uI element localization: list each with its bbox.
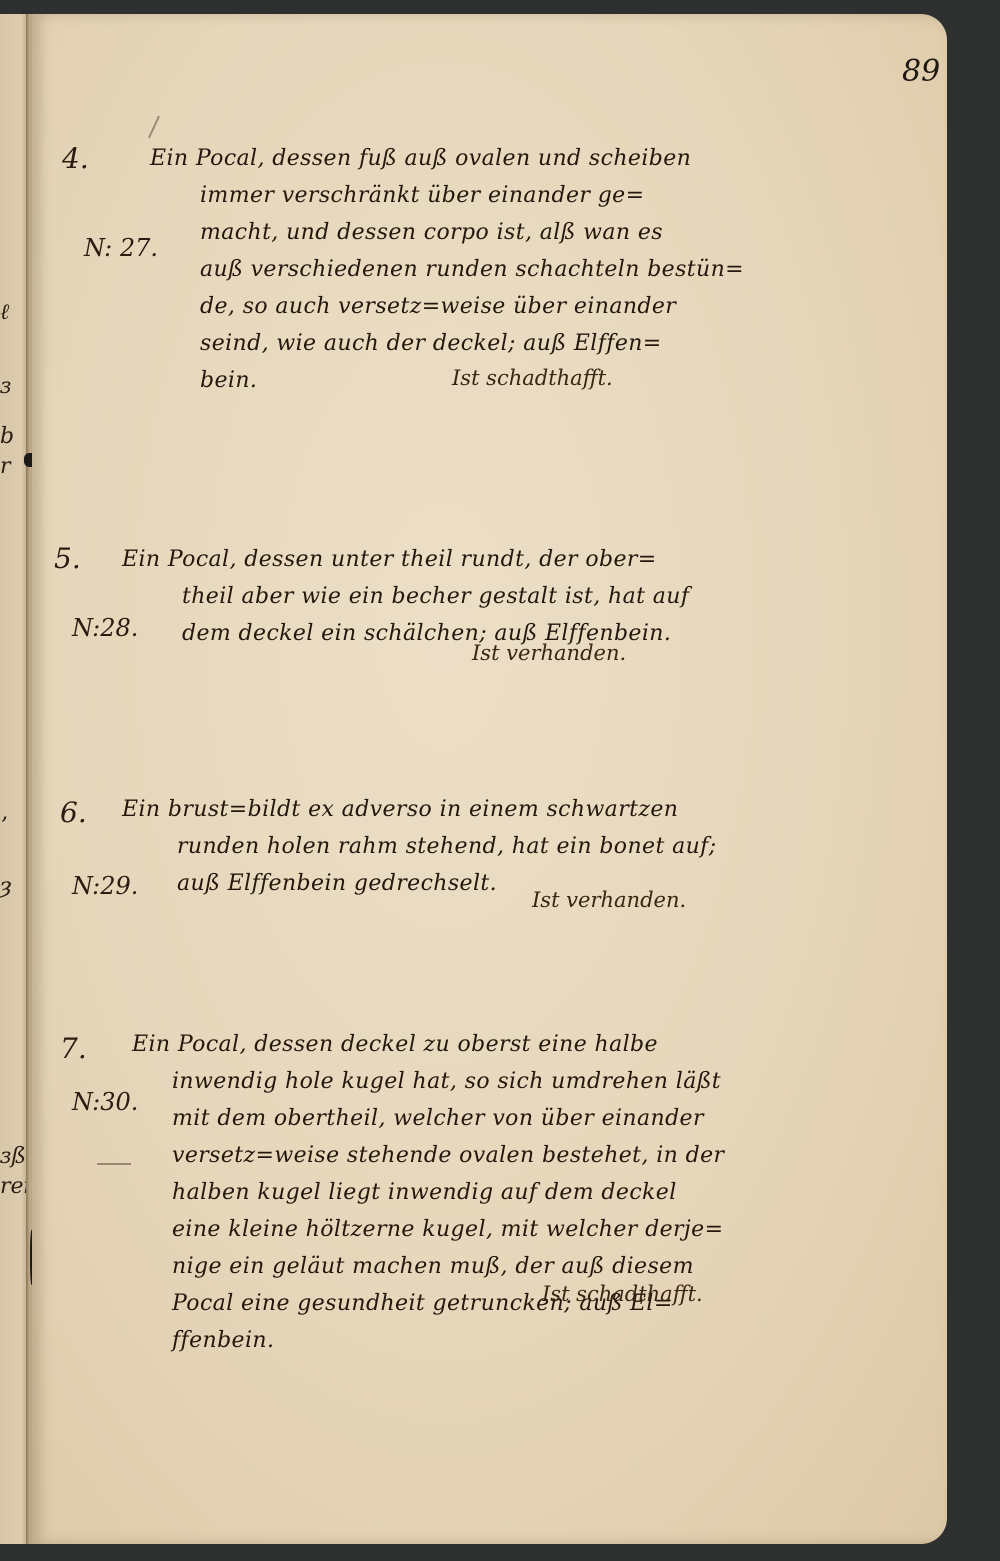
text-line: runden holen rahm stehend, hat ein bonet… bbox=[122, 828, 717, 865]
item-number: 4. bbox=[62, 142, 89, 175]
text-line: seind, wie auch der deckel; auß Elffen= bbox=[150, 325, 744, 362]
item-number: 6. bbox=[60, 796, 87, 829]
page-number: 89 bbox=[902, 54, 940, 89]
text-line: halben kugel liegt inwendig auf dem deck… bbox=[132, 1174, 724, 1211]
facing-page-fragment: ɜ bbox=[0, 374, 11, 399]
facing-page-fragment: r bbox=[0, 454, 11, 479]
condition-note: Ist schadthafft. bbox=[542, 1282, 703, 1306]
item-number: 5. bbox=[54, 542, 81, 575]
condition-note: Ist verhanden. bbox=[472, 641, 626, 665]
pencil-tick-mark bbox=[148, 116, 160, 139]
facing-page-fragment: ʼ bbox=[0, 814, 7, 839]
text-line: macht, und dessen corpo ist, alß wan es bbox=[150, 214, 744, 251]
item-number: 7. bbox=[60, 1032, 87, 1065]
condition-note: Ist verhanden. bbox=[532, 888, 686, 912]
facing-page-fragment: ɜß bbox=[0, 1144, 26, 1169]
text-line: eine kleine höltzerne kugel, mit welcher… bbox=[132, 1211, 724, 1248]
condition-note: Ist schadthafft. bbox=[452, 366, 613, 390]
entry-text: Ein Pocal, dessen fuß auß ovalen und sch… bbox=[150, 140, 744, 399]
text-line: inwendig hole kugel hat, so sich umdrehe… bbox=[132, 1063, 724, 1100]
text-line: Ein Pocal, dessen fuß auß ovalen und sch… bbox=[150, 140, 744, 177]
entry-text: Ein brust=bildt ex adverso in einem schw… bbox=[122, 791, 717, 902]
text-line: bein. bbox=[150, 362, 744, 399]
inventory-number: N: 27. bbox=[84, 234, 158, 262]
text-line: mit dem obertheil, welcher von über eina… bbox=[132, 1100, 724, 1137]
text-line: Ein Pocal, dessen unter theil rundt, der… bbox=[122, 541, 689, 578]
facing-page-fragment: ȝ bbox=[0, 874, 11, 899]
text-line: de, so auch versetz=weise über einander bbox=[150, 288, 744, 325]
text-line: ffenbein. bbox=[132, 1322, 724, 1359]
facing-page-fragment: ℓ bbox=[0, 299, 9, 325]
inventory-number: N:30. bbox=[72, 1088, 138, 1116]
facing-page-fragment: b bbox=[0, 424, 14, 449]
text-line: nige ein geläut machen muß, der auß dies… bbox=[132, 1248, 724, 1285]
text-line: auß verschiedenen runden schachteln best… bbox=[150, 251, 744, 288]
manuscript-page: 89 4. N: 27. Ein Pocal, dessen fuß auß o… bbox=[32, 14, 947, 1544]
text-line: Ein Pocal, dessen deckel zu oberst eine … bbox=[132, 1026, 724, 1063]
entry-text: Ein Pocal, dessen unter theil rundt, der… bbox=[122, 541, 689, 652]
text-line: versetz=weise stehende ovalen bestehet, … bbox=[132, 1137, 724, 1174]
text-line: theil aber wie ein becher gestalt ist, h… bbox=[122, 578, 689, 615]
entry-text: Ein Pocal, dessen deckel zu oberst eine … bbox=[132, 1026, 724, 1359]
pencil-dash-mark bbox=[97, 1163, 131, 1165]
text-line: Ein brust=bildt ex adverso in einem schw… bbox=[122, 791, 717, 828]
text-line: immer verschränkt über einander ge= bbox=[150, 177, 744, 214]
